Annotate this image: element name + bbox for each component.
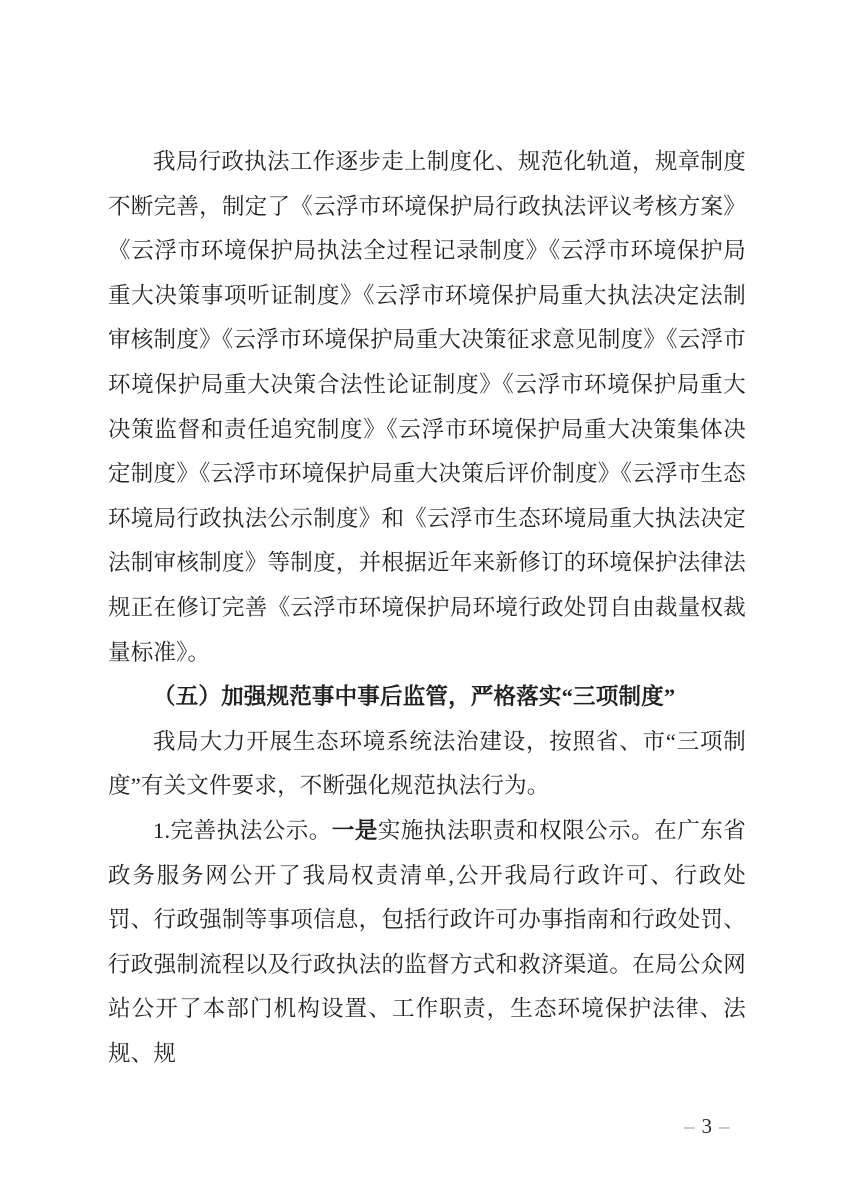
document-body: 我局行政执法工作逐步走上制度化、规范化轨道，规章制度不断完善，制定了《云浮市环境… — [108, 140, 746, 1076]
paragraph-three-systems-intro: 我局大力开展生态环境系统法治建设，按照省、市“三项制度”有关文件要求，不断强化规… — [108, 720, 746, 809]
segment-publicity-detail: 实施执法职责和权限公示。在广东省政务服务网公开了我局权责清单,公开我局行政许可、… — [108, 818, 746, 1066]
page-number-value: 3 — [702, 1114, 713, 1138]
page-number: –3– — [684, 1112, 754, 1140]
paragraph-enforcement-systems: 我局行政执法工作逐步走上制度化、规范化轨道，规章制度不断完善，制定了《云浮市环境… — [108, 140, 746, 675]
segment-first-point-marker: 一是 — [332, 818, 378, 843]
document-page: { "colors": { "ink": "#212121", "page_bg… — [0, 0, 850, 1202]
page-number-right-dash: – — [719, 1114, 730, 1138]
page-number-left-dash: – — [684, 1114, 695, 1138]
segment-publicity-lead: 1.完善执法公示。 — [153, 818, 332, 843]
section-heading-five: （五）加强规范事中事后监管，严格落实“三项制度” — [108, 675, 746, 720]
paragraph-enforcement-publicity: 1.完善执法公示。一是实施执法职责和权限公示。在广东省政务服务网公开了我局权责清… — [108, 809, 746, 1077]
